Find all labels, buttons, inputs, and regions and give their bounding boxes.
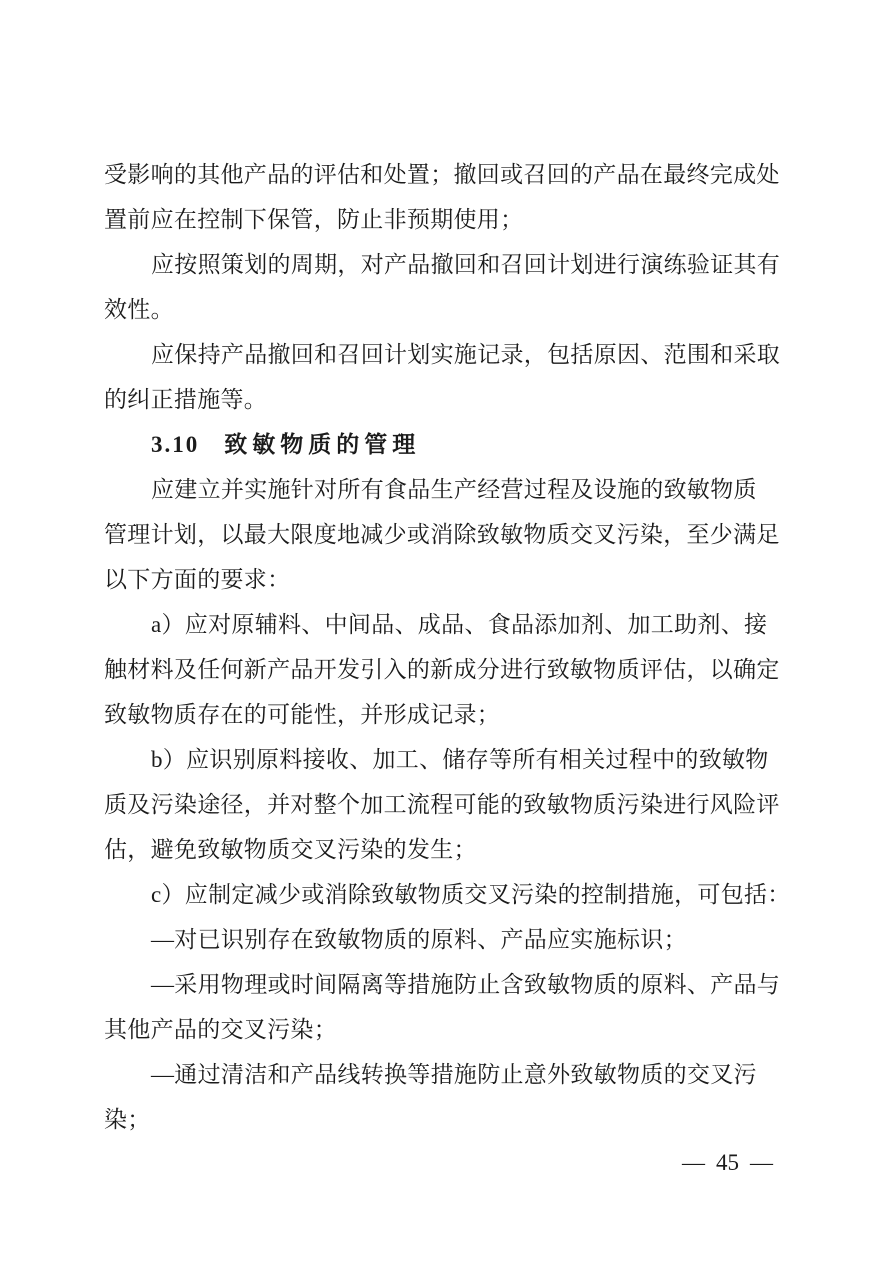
- body-line: 置前应在控制下保管，防止非预期使用；: [104, 197, 794, 242]
- body-line: 质及污染途径，并对整个加工流程可能的致敏物质污染进行风险评: [104, 782, 794, 827]
- page-footer: — 45 —: [682, 1143, 773, 1183]
- list-item-b-line: b）应识别原料接收、加工、储存等所有相关过程中的致敏物: [104, 737, 794, 782]
- body-line: 的纠正措施等。: [104, 377, 794, 422]
- footer-left-dash: —: [682, 1150, 705, 1176]
- body-line: 应保持产品撤回和召回计划实施记录，包括原因、范围和采取: [104, 332, 794, 377]
- list-item-a-line: a）应对原辅料、中间品、成品、食品添加剂、加工助剂、接: [104, 602, 794, 647]
- section-title: 致敏物质的管理: [224, 432, 420, 457]
- body-line: 受影响的其他产品的评估和处置；撤回或召回的产品在最终完成处: [104, 152, 794, 197]
- dash-item-line: —对已识别存在致敏物质的原料、产品应实施标识；: [104, 917, 794, 962]
- body-line: 染；: [104, 1097, 794, 1142]
- body-line: 应建立并实施针对所有食品生产经营过程及设施的致敏物质: [104, 467, 794, 512]
- body-line: 应按照策划的周期，对产品撤回和召回计划进行演练验证其有: [104, 242, 794, 287]
- body-line: 触材料及任何新产品开发引入的新成分进行致敏物质评估，以确定: [104, 647, 794, 692]
- body-line: 管理计划，以最大限度地减少或消除致敏物质交叉污染，至少满足: [104, 512, 794, 557]
- body-line: 致敏物质存在的可能性，并形成记录；: [104, 692, 794, 737]
- body-line: 效性。: [104, 287, 794, 332]
- section-heading: 3.10致敏物质的管理: [104, 422, 794, 467]
- list-item-c-line: c）应制定减少或消除致敏物质交叉污染的控制措施，可包括：: [104, 872, 794, 917]
- body-line: 其他产品的交叉污染；: [104, 1007, 794, 1052]
- page-number: 45: [716, 1150, 739, 1176]
- dash-item-line: —采用物理或时间隔离等措施防止含致敏物质的原料、产品与: [104, 962, 794, 1007]
- document-body: 受影响的其他产品的评估和处置；撤回或召回的产品在最终完成处 置前应在控制下保管，…: [104, 152, 794, 1142]
- dash-item-line: —通过清洁和产品线转换等措施防止意外致敏物质的交叉污: [104, 1052, 794, 1097]
- body-line: 估，避免致敏物质交叉污染的发生；: [104, 827, 794, 872]
- document-page: 受影响的其他产品的评估和处置；撤回或召回的产品在最终完成处 置前应在控制下保管，…: [0, 0, 892, 1262]
- footer-right-dash: —: [750, 1150, 773, 1176]
- body-line: 以下方面的要求：: [104, 557, 794, 602]
- section-number: 3.10: [151, 432, 199, 457]
